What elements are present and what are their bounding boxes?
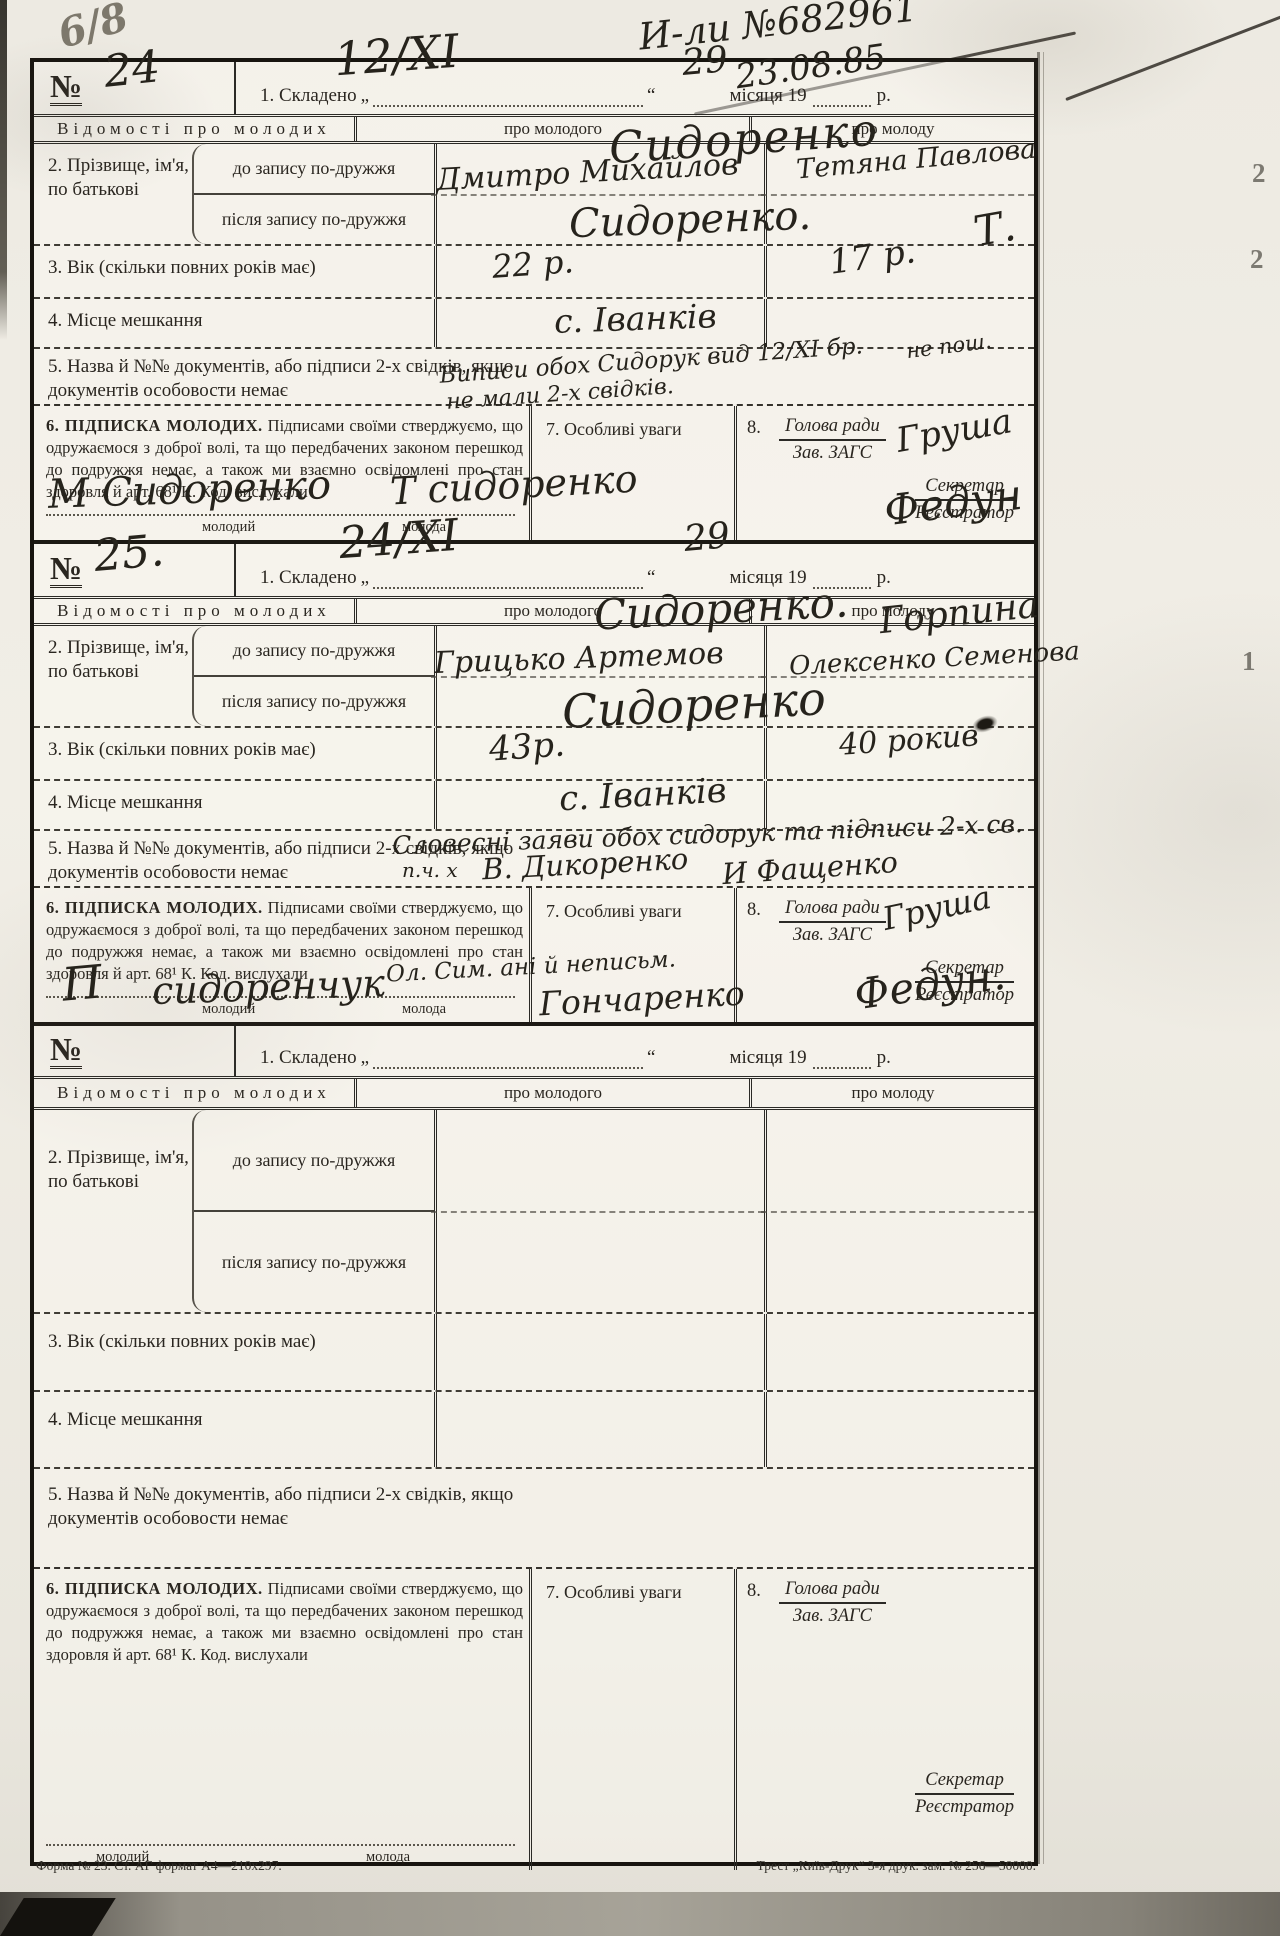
documents-cell (534, 1469, 764, 1567)
handwritten-groom-age: 22 р. (491, 245, 575, 283)
officials-number: 8. (747, 900, 761, 921)
made-label: 1. Складено (260, 85, 357, 107)
handwritten-groom-age: 43р. (488, 727, 566, 766)
row-signatures: 6. ПІДПИСКА МОЛОДИХ. Підписами своїми ст… (34, 1567, 1034, 1870)
groom-signature-label: молодий (202, 519, 255, 536)
officials-cell: 8. Голова ради Зав. ЗАГС Секретар Реєстр… (734, 1569, 1034, 1870)
bride-age-cell (764, 1314, 1034, 1390)
oath-title: 6. ПІДПИСКА МОЛОДИХ. (46, 1579, 263, 1598)
handwritten-date: 24/ХІ (338, 514, 460, 566)
date-blank-line (373, 569, 643, 589)
handwritten-year: 29 (681, 42, 730, 82)
zags-label: Зав. ЗАГС (779, 923, 886, 946)
head-of-council-label: Голова ради (779, 416, 886, 441)
oath-cell: 6. ПІДПИСКА МОЛОДИХ. Підписами своїми ст… (34, 1569, 529, 1870)
after-marriage-label: після запису по-дружжя (194, 675, 434, 726)
row-name: 2. Прізвище, ім'я, по батькові до запису… (34, 1110, 1034, 1312)
close-quote: “ (647, 1047, 655, 1069)
close-quote: “ (647, 567, 655, 589)
year-suffix-label: р. (877, 567, 891, 589)
year-suffix-label: р. (877, 85, 891, 107)
ink-strike-line-2 (1065, 14, 1280, 101)
edge-fragment: 1 (1242, 646, 1256, 677)
number-sign: № (50, 70, 82, 107)
handwritten-groom-signature: П (60, 958, 104, 1007)
residence-label: 4. Місце мешкання (34, 299, 434, 347)
record-header-row: № 1. Складено „ “ місяця 19 р. (34, 544, 1034, 596)
col-header-info: Відомості про молодих (34, 119, 354, 139)
handwritten-residence: с. Іванків (553, 299, 717, 338)
footer-form-number: Форма № 23. Ст. АГ формат А4—210x297. (36, 1858, 282, 1874)
handwritten-surname-after: Сидоренко (561, 675, 827, 735)
name-label: 2. Прізвище, ім'я, по батькові (34, 144, 192, 244)
col-header-info: Відомості про молодих (34, 601, 354, 621)
col-header-bride: про молоду (749, 1079, 1034, 1107)
month-label: місяця 19 (729, 1047, 806, 1069)
name-label: 2. Прізвище, ім'я, по батькові (34, 626, 192, 726)
head-of-council-block: Голова ради Зав. ЗАГС (779, 898, 886, 946)
name-sublabels: до запису по-дружжя після запису по-друж… (192, 626, 434, 726)
residence-label: 4. Місце мешкання (34, 1392, 434, 1467)
secretary-block: Секретар Реєстратор (915, 1770, 1014, 1818)
row-documents: 5. Назва й №№ документів, або підписи 2-… (34, 1467, 1034, 1567)
head-of-council-block: Голова ради Зав. ЗАГС (779, 416, 886, 464)
open-quote: „ (361, 1047, 369, 1069)
date-blank-line (373, 87, 643, 107)
zags-label: Зав. ЗАГС (779, 1604, 886, 1627)
column-headers-row: Відомості про молодих про молодого про м… (34, 1076, 1034, 1110)
officials-number: 8. (747, 1581, 761, 1602)
oath-title: 6. ПІДПИСКА МОЛОДИХ. (46, 416, 263, 435)
handwritten-bride-after: Т. (971, 205, 1019, 254)
row-age: 3. Вік (скільки повних років має) (34, 1312, 1034, 1390)
age-label: 3. Вік (скільки повних років має) (34, 1314, 434, 1390)
after-marriage-label: після запису по-дружжя (194, 1210, 434, 1312)
bride-residence-cell (764, 1392, 1034, 1467)
scan-edge-left (0, 0, 7, 340)
signature-dotted-line (46, 1844, 515, 1846)
before-marriage-label: до запису по-дружжя (194, 626, 434, 675)
year-suffix-label: р. (877, 1047, 891, 1069)
date-blank-line (373, 1049, 643, 1069)
age-label: 3. Вік (скільки повних років має) (34, 728, 434, 779)
record-number-cell: № (34, 1026, 234, 1076)
bride-name-cell (764, 1110, 1034, 1312)
handwritten-groom-signature: М Сидоренко (47, 465, 331, 515)
next-page-fold-line-2 (1043, 52, 1044, 1864)
record-25: № 1. Складено „ “ місяця 19 р. Відомості… (34, 540, 1034, 1022)
scan-edge-bottom (0, 1892, 1280, 1936)
head-of-council-label: Голова ради (779, 898, 886, 923)
handwritten-record-number: 24 (102, 45, 162, 95)
handwritten-year: 29 (683, 518, 732, 558)
open-quote: „ (361, 567, 369, 589)
after-marriage-label: після запису по-дружжя (194, 193, 434, 244)
edge-fragment: 2 (1250, 244, 1264, 275)
name-sublabels: до запису по-дружжя після запису по-друж… (192, 1110, 434, 1312)
handwritten-documents-line2: п.ч. х (402, 860, 458, 880)
registrar-label: Реєстратор (915, 1795, 1014, 1818)
documents-label: 5. Назва й №№ документів, або підписи 2-… (34, 1469, 534, 1567)
before-marriage-label: до запису по-дружжя (194, 1110, 434, 1210)
col-header-info: Відомості про молодих (34, 1083, 354, 1103)
handwritten-record-number: 25. (92, 529, 166, 579)
head-of-council-block: Голова ради Зав. ЗАГС (779, 1579, 886, 1627)
residence-label: 4. Місце мешкання (34, 781, 434, 829)
head-of-council-label: Голова ради (779, 1579, 886, 1604)
row-residence: 4. Місце мешкання (34, 1390, 1034, 1467)
name-sublabels: до запису по-дружжя після запису по-друж… (192, 144, 434, 244)
groom-name-cell (434, 1110, 764, 1312)
year-blank-line (813, 1049, 871, 1069)
made-label: 1. Складено (260, 567, 357, 589)
special-notes-cell: 7. Особливі уваги (529, 1569, 734, 1870)
record-header-row: № 1. Складено „ “ місяця 19 р. (34, 1026, 1034, 1076)
handwritten-date: 12/ХІ (333, 28, 461, 83)
oath-title: 6. ПІДПИСКА МОЛОДИХ. (46, 898, 263, 917)
oath-paragraph: 6. ПІДПИСКА МОЛОДИХ. Підписами своїми ст… (46, 1578, 523, 1666)
handwritten-residence: с. Іванків (558, 774, 727, 817)
year-blank-line (813, 87, 871, 107)
bride-signature-label: молода (402, 1001, 446, 1018)
secretary-label: Секретар (915, 1770, 1014, 1795)
number-sign: № (50, 552, 82, 589)
before-marriage-label: до запису по-дружжя (194, 144, 434, 193)
edge-fragment: 2 (1252, 158, 1266, 189)
handwritten-surname-after: Сидоренко. (568, 196, 811, 244)
made-label: 1. Складено (260, 1047, 357, 1069)
open-quote: „ (361, 85, 369, 107)
row-residence: 4. Місце мешкання (34, 297, 1034, 347)
record-blank: № 1. Складено „ “ місяця 19 р. Відомості… (34, 1022, 1034, 1870)
marriage-register-form: № 1. Складено „ “ місяця 19 р. Відомості… (30, 58, 1038, 1866)
col-header-groom: про молодого (354, 1079, 749, 1107)
handwritten-family-signature: сидоренчук (151, 964, 385, 1010)
close-quote: “ (647, 85, 655, 107)
print-footer: Форма № 23. Ст. АГ формат А4—210x297. Тр… (36, 1858, 1036, 1874)
record-date-cell: 1. Складено „ “ місяця 19 р. (234, 1026, 1034, 1076)
name-label: 2. Прізвище, ім'я, по батькові (34, 1110, 192, 1312)
handwritten-witness-signature-3: Гончаренко (538, 977, 745, 1021)
groom-age-cell (434, 1314, 764, 1390)
column-headers-row: Відомості про молодих про молодого про м… (34, 114, 1034, 144)
number-sign: № (50, 1033, 82, 1070)
officials-number: 8. (747, 418, 761, 439)
handwritten-surname: Сидоренко. (593, 581, 849, 636)
documents-cell-2 (764, 1469, 1034, 1567)
age-label: 3. Вік (скільки повних років має) (34, 246, 434, 297)
groom-age-cell (434, 246, 764, 297)
footer-printer: Трест „Київ-Друк“ 3-я друк. зам. № 256—5… (757, 1858, 1036, 1874)
scanned-register-page: 2 2 1 6/8 И-ли №682961 23.08.85 № 1. Скл… (0, 0, 1280, 1936)
zags-label: Зав. ЗАГС (779, 441, 886, 464)
groom-residence-cell (434, 1392, 764, 1467)
record-24: № 1. Складено „ “ місяця 19 р. Відомості… (34, 62, 1034, 540)
